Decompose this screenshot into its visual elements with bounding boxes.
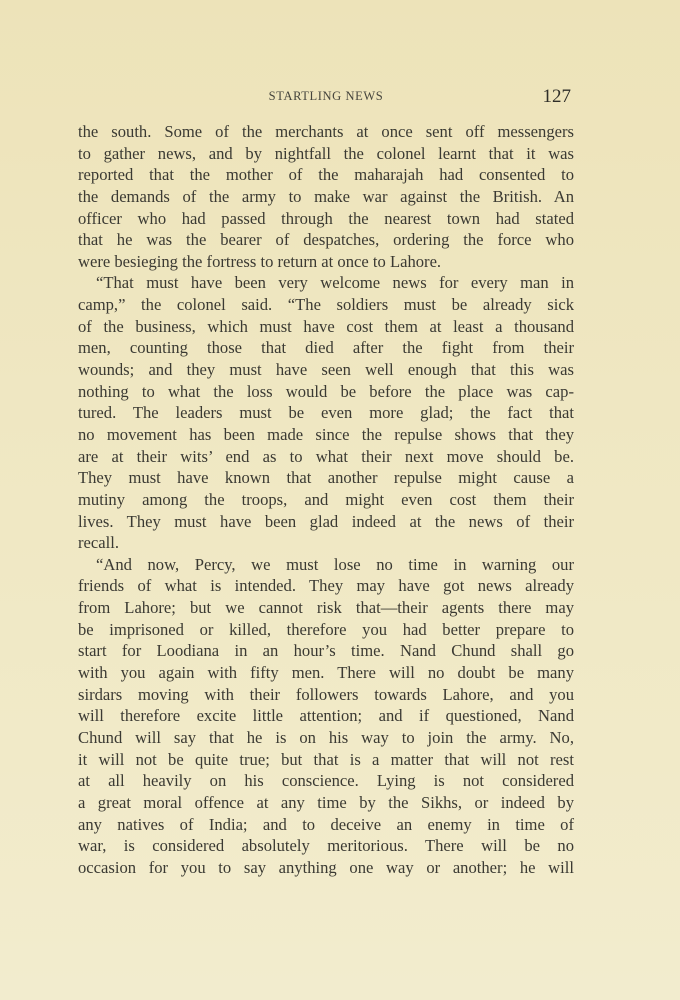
running-title: STARTLING NEWS xyxy=(78,89,574,104)
text-line: wounds; and they must have seen well eno… xyxy=(78,359,574,381)
text-line: to gather news, and by nightfall the col… xyxy=(78,143,574,165)
text-line: tured. The leaders must be even more gla… xyxy=(78,402,574,424)
text-line: Chund will say that he is on his way to … xyxy=(78,727,574,749)
text-line: any natives of India; and to deceive an … xyxy=(78,814,574,836)
text-line: lives. They must have been glad indeed a… xyxy=(78,511,574,533)
text-line: camp,” the colonel said. “The soldiers m… xyxy=(78,294,574,316)
text-line: are at their wits’ end as to what their … xyxy=(78,446,574,468)
running-head: STARTLING NEWS 127 xyxy=(78,86,574,110)
text-line: will therefore excite little attention; … xyxy=(78,705,574,727)
text-line: recall. xyxy=(78,532,574,554)
text-line: “That must have been very welcome news f… xyxy=(78,272,574,294)
text-line: were besieging the fortress to return at… xyxy=(78,251,574,273)
text-line: the south. Some of the merchants at once… xyxy=(78,121,574,143)
text-line: at all heavily on his conscience. Lying … xyxy=(78,770,574,792)
text-line: from Lahore; but we cannot risk that—the… xyxy=(78,597,574,619)
text-line: it will not be quite true; but that is a… xyxy=(78,749,574,771)
text-line: the demands of the army to make war agai… xyxy=(78,186,574,208)
text-line: war, is considered absolutely meritoriou… xyxy=(78,835,574,857)
text-line: occasion for you to say anything one way… xyxy=(78,857,574,879)
text-line: that he was the bearer of despatches, or… xyxy=(78,229,574,251)
text-line: be imprisoned or killed, therefore you h… xyxy=(78,619,574,641)
text-line: nothing to what the loss would be before… xyxy=(78,381,574,403)
text-line: They must have known that another repuls… xyxy=(78,467,574,489)
text-line: sirdars moving with their followers towa… xyxy=(78,684,574,706)
text-line: a great moral offence at any time by the… xyxy=(78,792,574,814)
text-line: of the business, which must have cost th… xyxy=(78,316,574,338)
text-line: reported that the mother of the maharaja… xyxy=(78,164,574,186)
book-page: STARTLING NEWS 127 the south. Some of th… xyxy=(0,0,680,1000)
text-line: friends of what is intended. They may ha… xyxy=(78,575,574,597)
page-number: 127 xyxy=(543,86,572,108)
text-line: men, counting those that died after the … xyxy=(78,337,574,359)
text-line: mutiny among the troops, and might even … xyxy=(78,489,574,511)
text-line: with you again with fifty men. There wil… xyxy=(78,662,574,684)
text-line: start for Loodiana in an hour’s time. Na… xyxy=(78,640,574,662)
body-text: the south. Some of the merchants at once… xyxy=(78,121,574,878)
text-line: “And now, Percy, we must lose no time in… xyxy=(78,554,574,576)
text-line: no movement has been made since the repu… xyxy=(78,424,574,446)
text-line: officer who had passed through the neare… xyxy=(78,208,574,230)
